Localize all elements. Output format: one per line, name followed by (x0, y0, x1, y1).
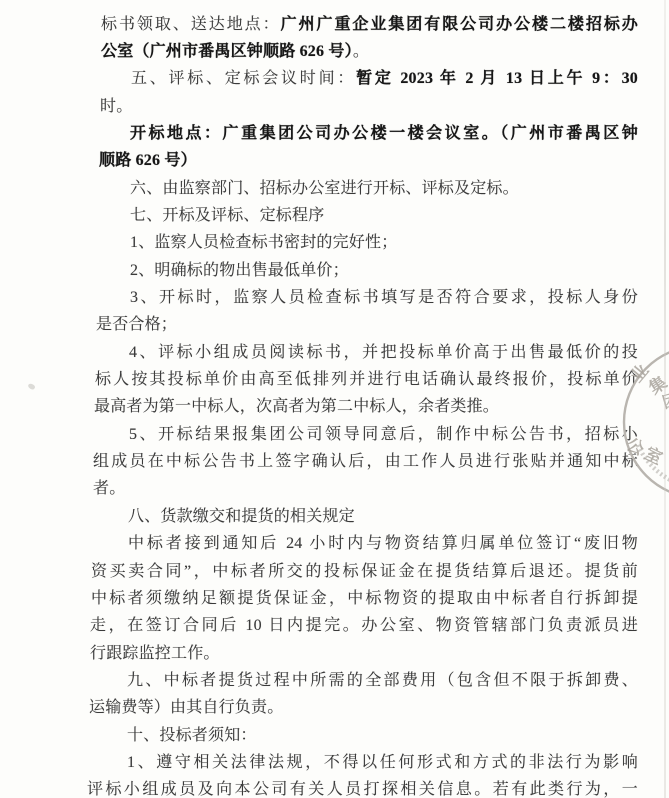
text-segment: 时。 (100, 98, 132, 115)
text-line: 4、评标小组成员阅读标书，并把投标单价高于出售最低价的投 (129, 339, 638, 366)
seal-character: 室 (642, 443, 666, 468)
text-segment: 4、评标小组成员阅读标书，并把投标单价高于出售最低价的投 (129, 344, 638, 361)
scanned-document-page: 标书领取、送达地点：广州广重企业集团有限公司办公楼二楼招标办公室（广州市番禺区钟… (0, 0, 669, 798)
scan-speck-artifact (27, 382, 36, 390)
text-segment: 八、货款缴交和提货的相关规定 (128, 508, 355, 525)
text-line: 走，在签订合同后 10 日内提完。办公室、物资管辖部门负责派员进 (90, 612, 638, 639)
text-line: 2、明确标的物出售最低单价； (130, 257, 349, 284)
text-line: 最高者为第一中标人，次高者为第二中标人，余者类推。 (94, 393, 499, 420)
text-line: 3、开标时，监察人员检查标书填写是否符合要求，投标人身份 (130, 284, 638, 311)
text-line: 十、投标者须知： (127, 722, 257, 749)
bold-text-segment: 广州广重企业集团有限公司办公楼二楼招标办 (281, 16, 638, 33)
text-line: 中标者接到通知后 24 小时内与物资结算归属单位签订“废旧物 (128, 530, 638, 557)
text-segment: 九、中标者提货过程中所需的全部费用（包含但不限于拆卸费、 (127, 672, 638, 689)
text-line: 八、货款缴交和提货的相关规定 (128, 503, 355, 530)
text-line: 中标者须缴纳足额提货保证金，中标物资的提取由中标者自行拆卸提 (91, 585, 638, 612)
text-line: 1、遵守相关法律法规，不得以任何形式和方式的非法行为影响 (127, 749, 638, 776)
text-line: 是否合格； (96, 311, 177, 338)
bold-text-segment: 公室（广州市番禺区钟顺路 626 号） (101, 43, 353, 60)
text-segment: 五、评标、定标会议时间： (131, 70, 356, 87)
bold-text-segment: 暂定 2023 年 2 月 13 日上午 9：30 (356, 70, 638, 87)
text-line: 顺路 626 号） (99, 147, 197, 174)
text-segment: 。 (353, 43, 369, 60)
text-line: 标人按其投标单价由高至低排列并进行电话确认最终报价，投标单价 (95, 366, 638, 393)
text-segment: 3、开标时，监察人员检查标书填写是否符合要求，投标人身份 (130, 289, 638, 306)
text-segment: 者。 (93, 480, 125, 497)
text-segment: 1、遵守相关法律法规，不得以任何形式和方式的非法行为影响 (127, 754, 638, 771)
text-segment: 评标小组成员及向本公司有关人员打探相关信息。若有此类行为，一 (87, 781, 638, 798)
text-segment: 是否合格； (96, 316, 177, 333)
bold-text-segment: 开标地点：广重集团公司办公楼一楼会议室。（广州市番禺区钟 (130, 125, 638, 142)
text-segment: 中标者接到通知后 24 小时内与物资结算归属单位签订“废旧物 (128, 535, 638, 552)
text-line: 七、开标及评标、定标程序 (130, 202, 324, 229)
text-segment: 资买卖合同”，中标者所交的投标保证金在提货结算后退还。提货前 (91, 563, 638, 580)
text-line: 5、开标结果报集团公司领导同意后，制作中标公告书，招标小 (129, 421, 638, 448)
text-line: 评标小组成员及向本公司有关人员打探相关信息。若有此类行为，一 (87, 776, 638, 798)
text-line: 六、由监察部门、招标办公室进行开标、评标及定标。 (130, 175, 519, 202)
text-line: 时。 (100, 93, 132, 120)
text-line: 公室（广州市番禺区钟顺路 626 号）。 (101, 38, 369, 65)
text-line: 资买卖合同”，中标者所交的投标保证金在提货结算后退还。提货前 (91, 558, 638, 585)
text-segment: 运输费等）由其自行负责。 (89, 699, 283, 716)
text-segment: 标书领取、送达地点： (101, 16, 281, 33)
text-segment: 2、明确标的物出售最低单价； (130, 262, 349, 279)
text-line: 者。 (93, 475, 125, 502)
text-segment: 七、开标及评标、定标程序 (130, 207, 324, 224)
text-line: 开标地点：广重集团公司办公楼一楼会议室。（广州市番禺区钟 (130, 120, 638, 147)
text-line: 九、中标者提货过程中所需的全部费用（包含但不限于拆卸费、 (127, 667, 638, 694)
text-segment: 组成员在中标公告书上签字确认后，由工作人员进行张贴并通知中标 (93, 453, 638, 470)
text-line: 五、评标、定标会议时间：暂定 2023 年 2 月 13 日上午 9：30 (131, 65, 638, 92)
text-segment: 十、投标者须知： (127, 727, 257, 744)
text-segment: 行跟踪监控工作。 (90, 645, 220, 662)
text-line: 行跟踪监控工作。 (90, 640, 220, 667)
text-segment: 最高者为第一中标人，次高者为第二中标人，余者类推。 (94, 398, 499, 415)
text-segment: 标人按其投标单价由高至低排列并进行电话确认最终报价，投标单价 (95, 371, 638, 388)
text-line: 标书领取、送达地点：广州广重企业集团有限公司办公楼二楼招标办 (101, 11, 638, 38)
text-segment: 中标者须缴纳足额提货保证金，中标物资的提取由中标者自行拆卸提 (91, 590, 638, 607)
text-segment: 5、开标结果报集团公司领导同意后，制作中标公告书，招标小 (129, 426, 638, 443)
text-segment: 六、由监察部门、招标办公室进行开标、评标及定标。 (130, 180, 519, 197)
text-line: 运输费等）由其自行负责。 (89, 694, 283, 721)
bold-text-segment: 顺路 626 号） (99, 152, 197, 169)
scan-edge-artifact (664, 0, 666, 798)
text-segment: 1、监察人员检查标书密封的完好性； (130, 234, 397, 251)
text-line: 组成员在中标公告书上签字确认后，由工作人员进行张贴并通知中标 (93, 448, 638, 475)
text-line: 1、监察人员检查标书密封的完好性； (130, 229, 397, 256)
text-segment: 走，在签订合同后 10 日内提完。办公室、物资管辖部门负责派员进 (90, 617, 638, 634)
